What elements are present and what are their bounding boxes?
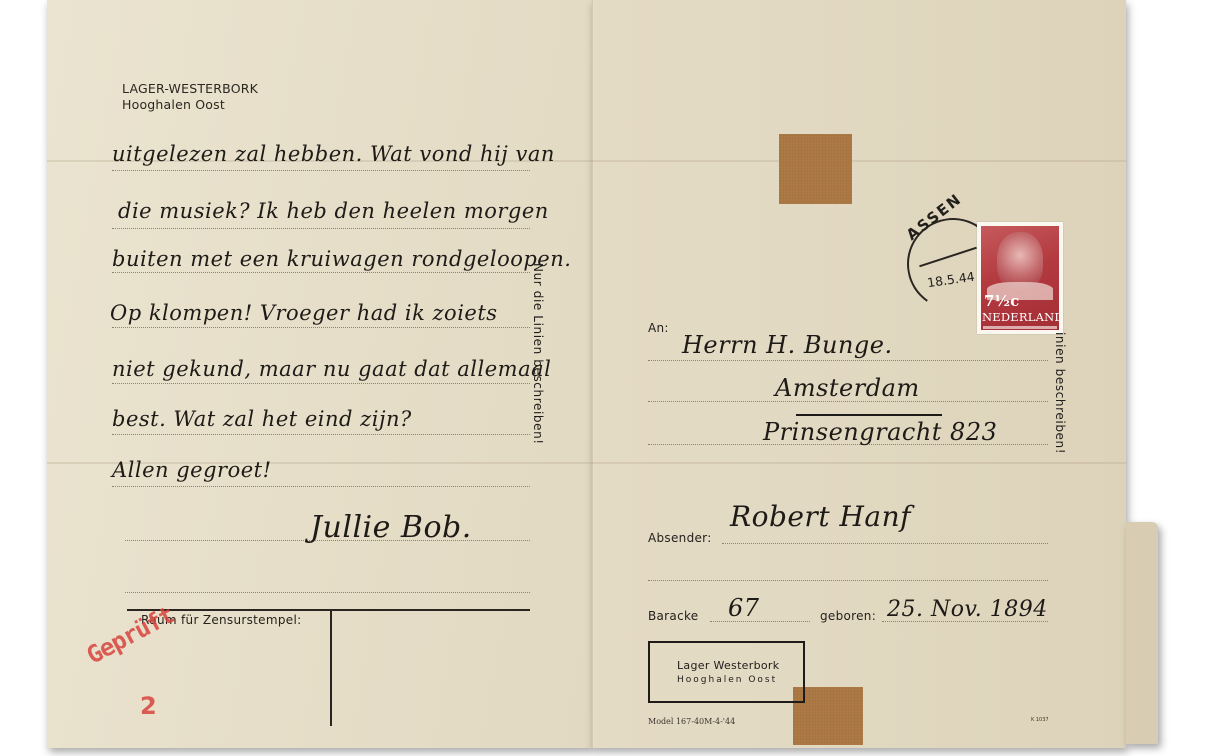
censor-box-divider <box>330 609 332 726</box>
writing-line <box>112 434 530 435</box>
censor-box-top-rule <box>127 609 530 611</box>
address-line <box>648 360 1048 361</box>
tape-strip-top <box>779 134 852 204</box>
writing-line <box>125 592 530 593</box>
stamp-value: 7½c <box>984 292 1019 310</box>
stamp-caption <box>983 326 1057 329</box>
return-box-line-2: Hooghalen Oost <box>677 675 777 685</box>
barrack-label: Baracke <box>648 609 698 623</box>
letter-signature: Jullie Bob. <box>310 510 472 545</box>
sender-line-2 <box>648 580 1048 581</box>
barrack-value: 67 <box>728 594 760 622</box>
writing-line <box>112 486 530 487</box>
stamp-country: NEDERLAND <box>982 310 1058 324</box>
letter-line-1: uitgelezen zal hebben. Wat vond hij van <box>112 142 555 166</box>
sender-name: Robert Hanf <box>730 500 911 533</box>
letter-line-7: Allen gegroet! <box>112 458 272 482</box>
recipient-city: Amsterdam <box>775 374 920 402</box>
camp-letterhead: LAGER-WESTERBORK Hooghalen Oost <box>122 81 258 113</box>
city-underline <box>796 414 942 416</box>
letter-line-5: niet gekund, maar nu gaat dat allemaal <box>112 357 551 381</box>
recipient-name: Herrn H. Bunge. <box>682 331 893 359</box>
writing-line <box>112 327 530 328</box>
writing-line <box>112 170 530 171</box>
letter-line-4: Op klompen! Vroeger had ik zoiets <box>110 301 498 325</box>
letter-line-6: best. Wat zal het eind zijn? <box>112 407 412 431</box>
barrack-line <box>710 621 810 622</box>
censor-stamp-number: 2 <box>140 692 157 720</box>
form-model-code: Model 167-40M-4-'44 <box>648 717 735 726</box>
center-fold <box>592 0 594 748</box>
writing-line <box>112 228 530 229</box>
writing-line <box>112 383 530 384</box>
letter-line-2: die musiek? Ik heb den heelen morgen <box>118 199 549 223</box>
return-address-box: Lager Westerbork Hooghalen Oost <box>648 641 805 703</box>
return-box-line-1: Lager Westerbork <box>677 659 779 672</box>
sender-line <box>722 543 1048 544</box>
instruction-note-right: inien beschreiben! <box>1053 332 1067 454</box>
writing-line <box>112 272 530 273</box>
print-code: K 1037 <box>1031 717 1049 723</box>
instruction-note-left: Nur die Linien beschreiben! <box>531 263 545 445</box>
postage-stamp: 7½c NEDERLAND <box>977 222 1063 334</box>
letterhead-line-2: Hooghalen Oost <box>122 97 258 113</box>
born-value: 25. Nov. 1894 <box>887 597 1048 622</box>
to-label: An: <box>648 321 669 335</box>
letter-line-3: buiten met een kruiwagen rondgeloopen. <box>112 247 571 271</box>
letterhead-line-1: LAGER-WESTERBORK <box>122 81 258 97</box>
born-label: geboren: <box>820 609 876 623</box>
recipient-street: Prinsengracht 823 <box>763 418 997 446</box>
envelope-flap <box>1126 522 1158 744</box>
sender-label: Absender: <box>648 531 712 545</box>
